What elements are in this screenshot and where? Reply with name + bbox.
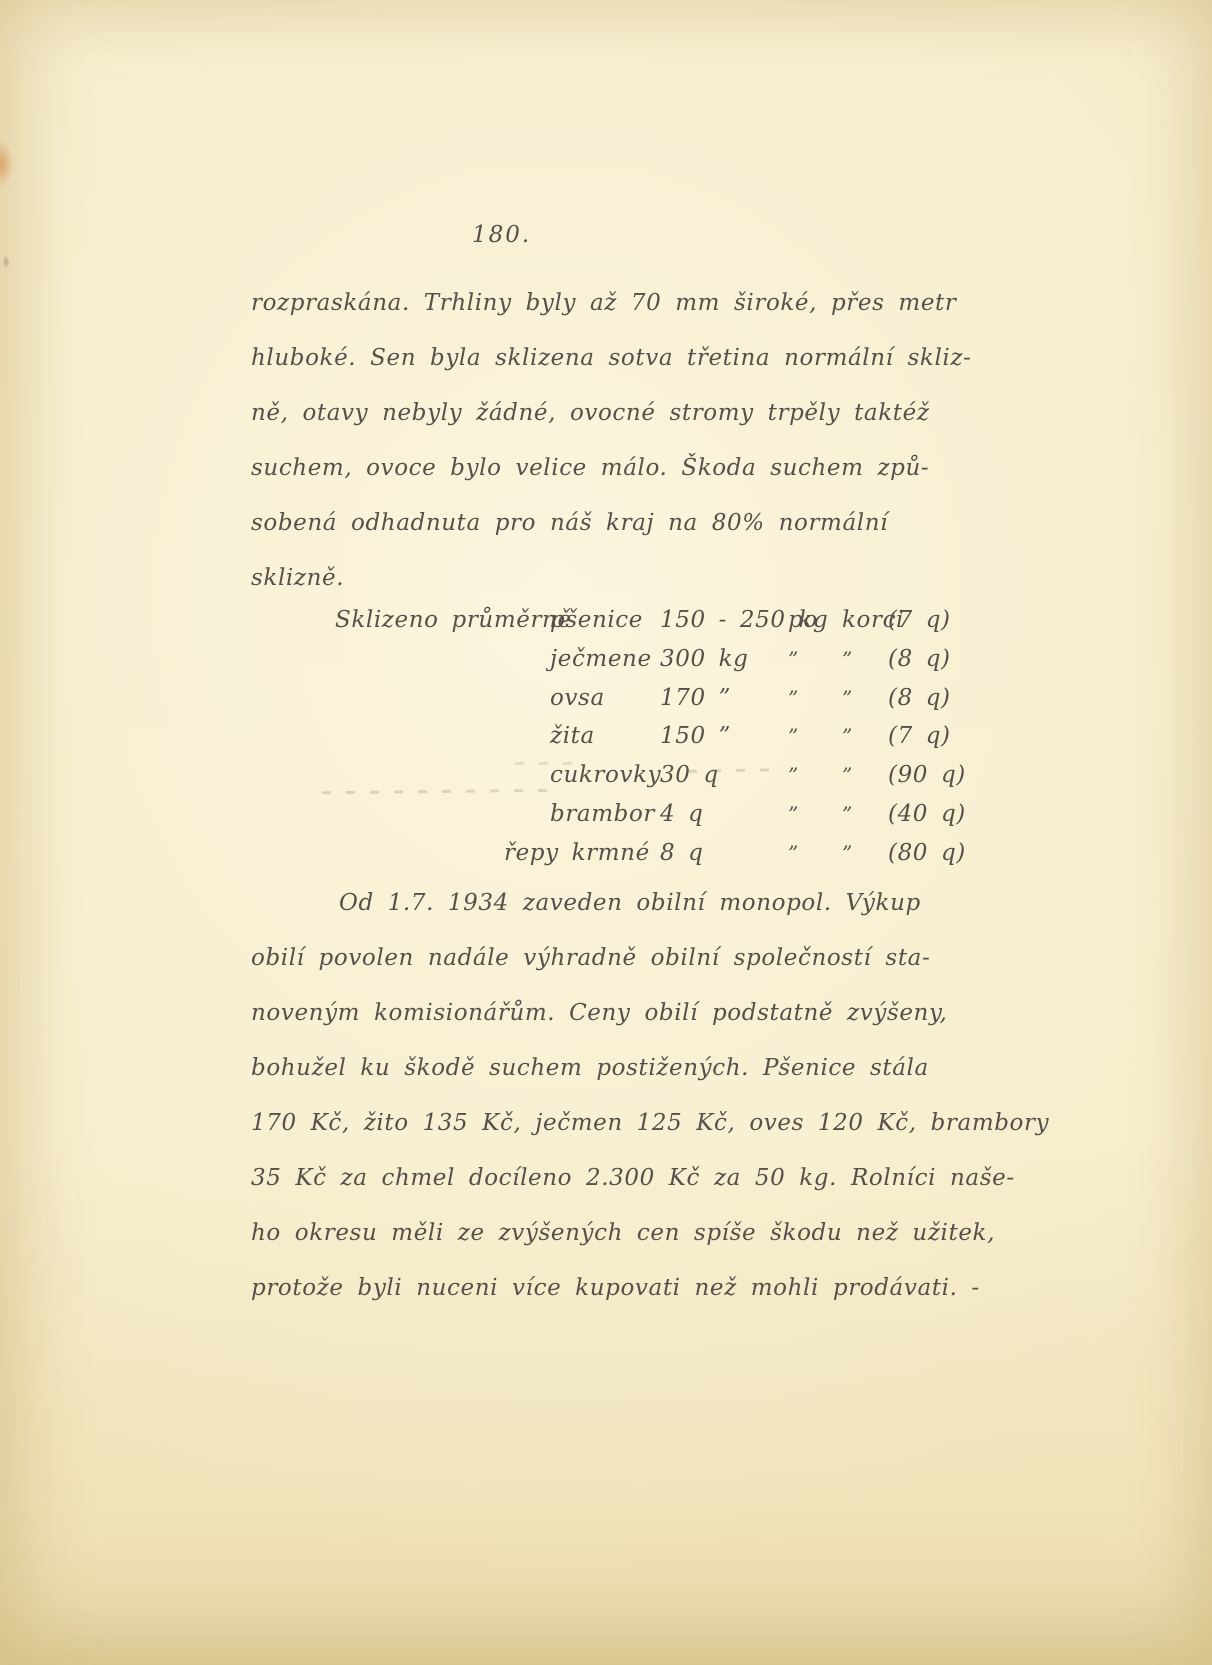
table-lead [335,640,550,679]
handwritten-line: obilí povolen nadále výhradně obilní spo… [251,931,1049,986]
table-cell-crop: žita [550,717,660,756]
table-cell-crop: brambor [550,795,660,834]
table-cell-crop: ovsa [550,679,660,718]
handwritten-line: sklizně. [251,551,971,606]
handwritten-line: noveným komisionářům. Ceny obilí podstat… [251,986,1049,1041]
ditto-mark: ” [788,640,842,679]
table-row: Sklizeno průměrně pšenice 150 - 250 kg p… [335,601,966,640]
ditto-mark: ” [842,795,888,834]
ditto-mark: ” [788,679,842,718]
ditto-mark: ” [842,679,888,718]
handwritten-line: sobená odhadnuta pro náš kraj na 80% nor… [251,496,971,551]
handwritten-line: suchem, ovoce bylo velice málo. Škoda su… [251,441,971,496]
table-cell-yield: (7 q) [888,601,966,640]
table-cell-qty: 4 q [660,795,788,834]
table-row: žita 150 ” ” ” (7 q) [335,717,966,756]
table-cell-crop: pšenice [550,601,660,640]
table-lead [335,795,550,834]
table-row: řepy krmné 8 q ” ” (80 q) [335,834,966,873]
ditto-mark: ” [788,834,842,873]
table-row: ovsa 170 ” ” ” (8 q) [335,679,966,718]
table-lead [335,756,550,795]
handwritten-line: ho okresu měli ze zvýšených cen spíše šk… [251,1206,1049,1261]
ditto-mark: ” [842,834,888,873]
handwritten-line: 170 Kč, žito 135 Kč, ječmen 125 Kč, oves… [251,1096,1049,1151]
table-cell-yield: (7 q) [888,717,966,756]
page-number: 180. [472,222,531,248]
table-cell-qty: 30 q [660,756,788,795]
ditto-mark: ” [842,717,888,756]
table-cell-crop: ječmene [550,640,660,679]
handwritten-line: rozpraskána. Trhliny byly až 70 mm širok… [251,276,971,331]
table-cell-qty: 150 - 250 kg [660,601,788,640]
handwritten-line: protože byli nuceni více kupovati než mo… [251,1261,1049,1316]
handwritten-line: 35 Kč za chmel docíleno 2.300 Kč za 50 k… [251,1151,1049,1206]
table-cell-qty: 300 kg [660,640,788,679]
manuscript-page: 180. rozpraskána. Trhliny byly až 70 mm … [0,0,1212,1665]
table-cell-per: korci [842,601,888,640]
table-cell-yield: (40 q) [888,795,966,834]
ditto-mark: ” [842,756,888,795]
table-cell-yield: (8 q) [888,640,966,679]
table-cell-crop: cukrovky [550,756,660,795]
table-lead: Sklizeno průměrně [335,601,550,640]
handwritten-line: hluboké. Sen byla sklizena sotva třetina… [251,331,971,386]
paragraph-grain-monopoly: Od 1.7. 1934 zaveden obilní monopol. Výk… [251,876,1049,1316]
paper-stain [0,140,14,188]
table-row: cukrovky 30 q ” ” (90 q) [335,756,966,795]
table-lead [335,679,550,718]
ditto-mark: ” [842,640,888,679]
table-cell-qty: 170 ” [660,679,788,718]
table-cell-per: po [788,601,842,640]
table-cell-qty: 150 ” [660,717,788,756]
harvest-yields-table: Sklizeno průměrně pšenice 150 - 250 kg p… [335,601,966,873]
ditto-mark: ” [788,756,842,795]
table-cell-yield: (90 q) [888,756,966,795]
table-cell-qty: 8 q [660,834,788,873]
table-row: ječmene 300 kg ” ” (8 q) [335,640,966,679]
handwritten-line: bohužel ku škodě suchem postižených. Pše… [251,1041,1049,1096]
paragraph-drought-damage: rozpraskána. Trhliny byly až 70 mm širok… [251,276,971,606]
table-cell-yield: (80 q) [888,834,966,873]
handwritten-line: ně, otavy nebyly žádné, ovocné stromy tr… [251,386,971,441]
table-row: brambor 4 q ” ” (40 q) [335,795,966,834]
table-cell-crop: řepy krmné [504,834,660,873]
ditto-mark: ” [788,717,842,756]
paper-speck [2,255,10,269]
ditto-mark: ” [788,795,842,834]
table-lead [335,717,550,756]
table-cell-yield: (8 q) [888,679,966,718]
handwritten-line: Od 1.7. 1934 zaveden obilní monopol. Výk… [251,876,1049,931]
